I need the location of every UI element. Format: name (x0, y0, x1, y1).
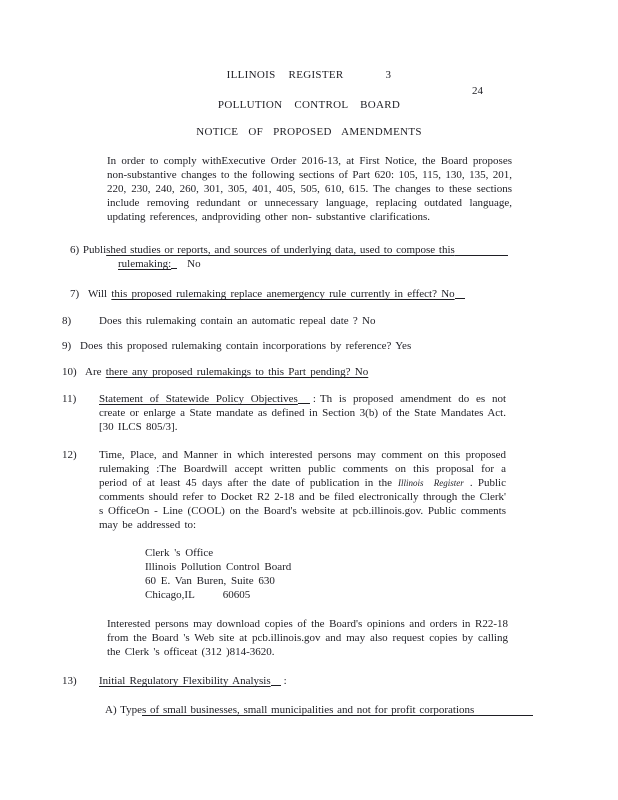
item-10-lead: Are (85, 366, 102, 378)
register-issue: 3 (386, 68, 392, 82)
item-11-number: 11) (62, 392, 99, 434)
item-6-answer: No (187, 258, 200, 270)
item-9: 9) Does this proposed rulemaking contain… (62, 339, 506, 353)
intro-paragraph: In order to comply withExecutive Order 2… (107, 154, 512, 224)
underline-tail (271, 683, 281, 686)
item-6-line-2: rulemaking:No (118, 257, 508, 271)
mailing-address-block: Clerk 's Office Illinois Pollution Contr… (145, 546, 618, 602)
item-13-number: 13) (62, 674, 99, 688)
address-line-city: Chicago,IL60605 (145, 588, 618, 602)
address-line-office: Clerk 's Office (145, 546, 618, 560)
item-6-text: 6) Published studies or reports, and sou… (70, 243, 455, 257)
item-12-text: Time, Place, and Manner in which interes… (99, 448, 506, 532)
item-13: 13) Initial Regulatory Flexibility Analy… (62, 674, 506, 688)
underline-tail (298, 401, 310, 404)
item-10: 10) Are there any proposed rulemakings t… (62, 365, 506, 379)
underline-tail (171, 266, 177, 269)
item-10-text: Are there any proposed rulemakings to th… (85, 365, 506, 379)
item-10-number: 10) (62, 365, 85, 379)
board-title: POLLUTION CONTROL BOARD (0, 98, 618, 112)
document-page: ILLINOIS REGISTER3 24 POLLUTION CONTROL … (0, 0, 618, 800)
address-zip: 60605 (223, 589, 251, 601)
underline-tail (474, 713, 533, 716)
item-7-underlined: this proposed rulemaking replace anemerg… (111, 288, 454, 300)
item-11-heading: Statement of Statewide Policy Objectives (99, 393, 298, 405)
item-6-underlined-2: rulemaking: (118, 258, 171, 270)
item-7: 7) Will this proposed rulemaking replace… (70, 287, 506, 301)
item-13-colon: : (284, 675, 287, 687)
item-9-text: Does this proposed rulemaking contain in… (80, 339, 506, 353)
interested-persons-paragraph: Interested persons may download copies o… (107, 617, 508, 659)
item-9-number: 9) (62, 339, 80, 353)
underline-tail (455, 253, 508, 256)
address-line-street: 60 E. Van Buren, Suite 630 (145, 574, 618, 588)
item-7-number: 7) (70, 287, 88, 301)
item-13a-underlined: s of small businesses, small municipalit… (142, 704, 474, 716)
item-11: 11) Statement of Statewide Policy Object… (62, 392, 506, 434)
item-13a-label: A) Type (105, 704, 142, 716)
item-13-text: Initial Regulatory Flexibility Analysis: (99, 674, 506, 688)
item-12-number: 12) (62, 448, 99, 532)
item-8-text: Does this rulemaking contain an automati… (99, 314, 506, 328)
item-10-underlined: there any proposed rulemakings to this P… (106, 366, 369, 378)
underline-tail (455, 296, 465, 299)
item-6-underlined-1: shed studies or reports, and sources of … (106, 244, 455, 256)
notice-title: NOTICE OF PROPOSED AMENDMENTS (0, 125, 618, 139)
item-7-text: Will this proposed rulemaking replace an… (88, 287, 506, 301)
item-11-colon: : (313, 393, 316, 405)
item-6-lead: Publi (83, 244, 106, 256)
item-13a: A) Types of small businesses, small muni… (105, 703, 533, 717)
item-8: 8) Does this rulemaking contain an autom… (62, 314, 506, 328)
register-title: ILLINOIS REGISTER (227, 68, 344, 82)
item-6-line-1: 6) Published studies or reports, and sou… (70, 243, 508, 257)
register-header-line: ILLINOIS REGISTER3 (0, 0, 618, 82)
item-11-text: Statement of Statewide Policy Objectives… (99, 392, 506, 434)
item-12-publication-name: Illinois Register (398, 478, 464, 488)
item-6-number: 6) (70, 244, 79, 256)
item-13-heading: Initial Regulatory Flexibility Analysis (99, 675, 271, 687)
address-line-board: Illinois Pollution Control Board (145, 560, 618, 574)
item-8-number: 8) (62, 314, 99, 328)
item-13a-text: A) Types of small businesses, small muni… (105, 703, 474, 717)
address-city: Chicago,IL (145, 589, 195, 601)
page-number: 24 (472, 84, 483, 98)
item-6: 6) Published studies or reports, and sou… (70, 243, 508, 271)
item-7-lead: Will (88, 288, 107, 300)
item-12: 12) Time, Place, and Manner in which int… (62, 448, 506, 532)
